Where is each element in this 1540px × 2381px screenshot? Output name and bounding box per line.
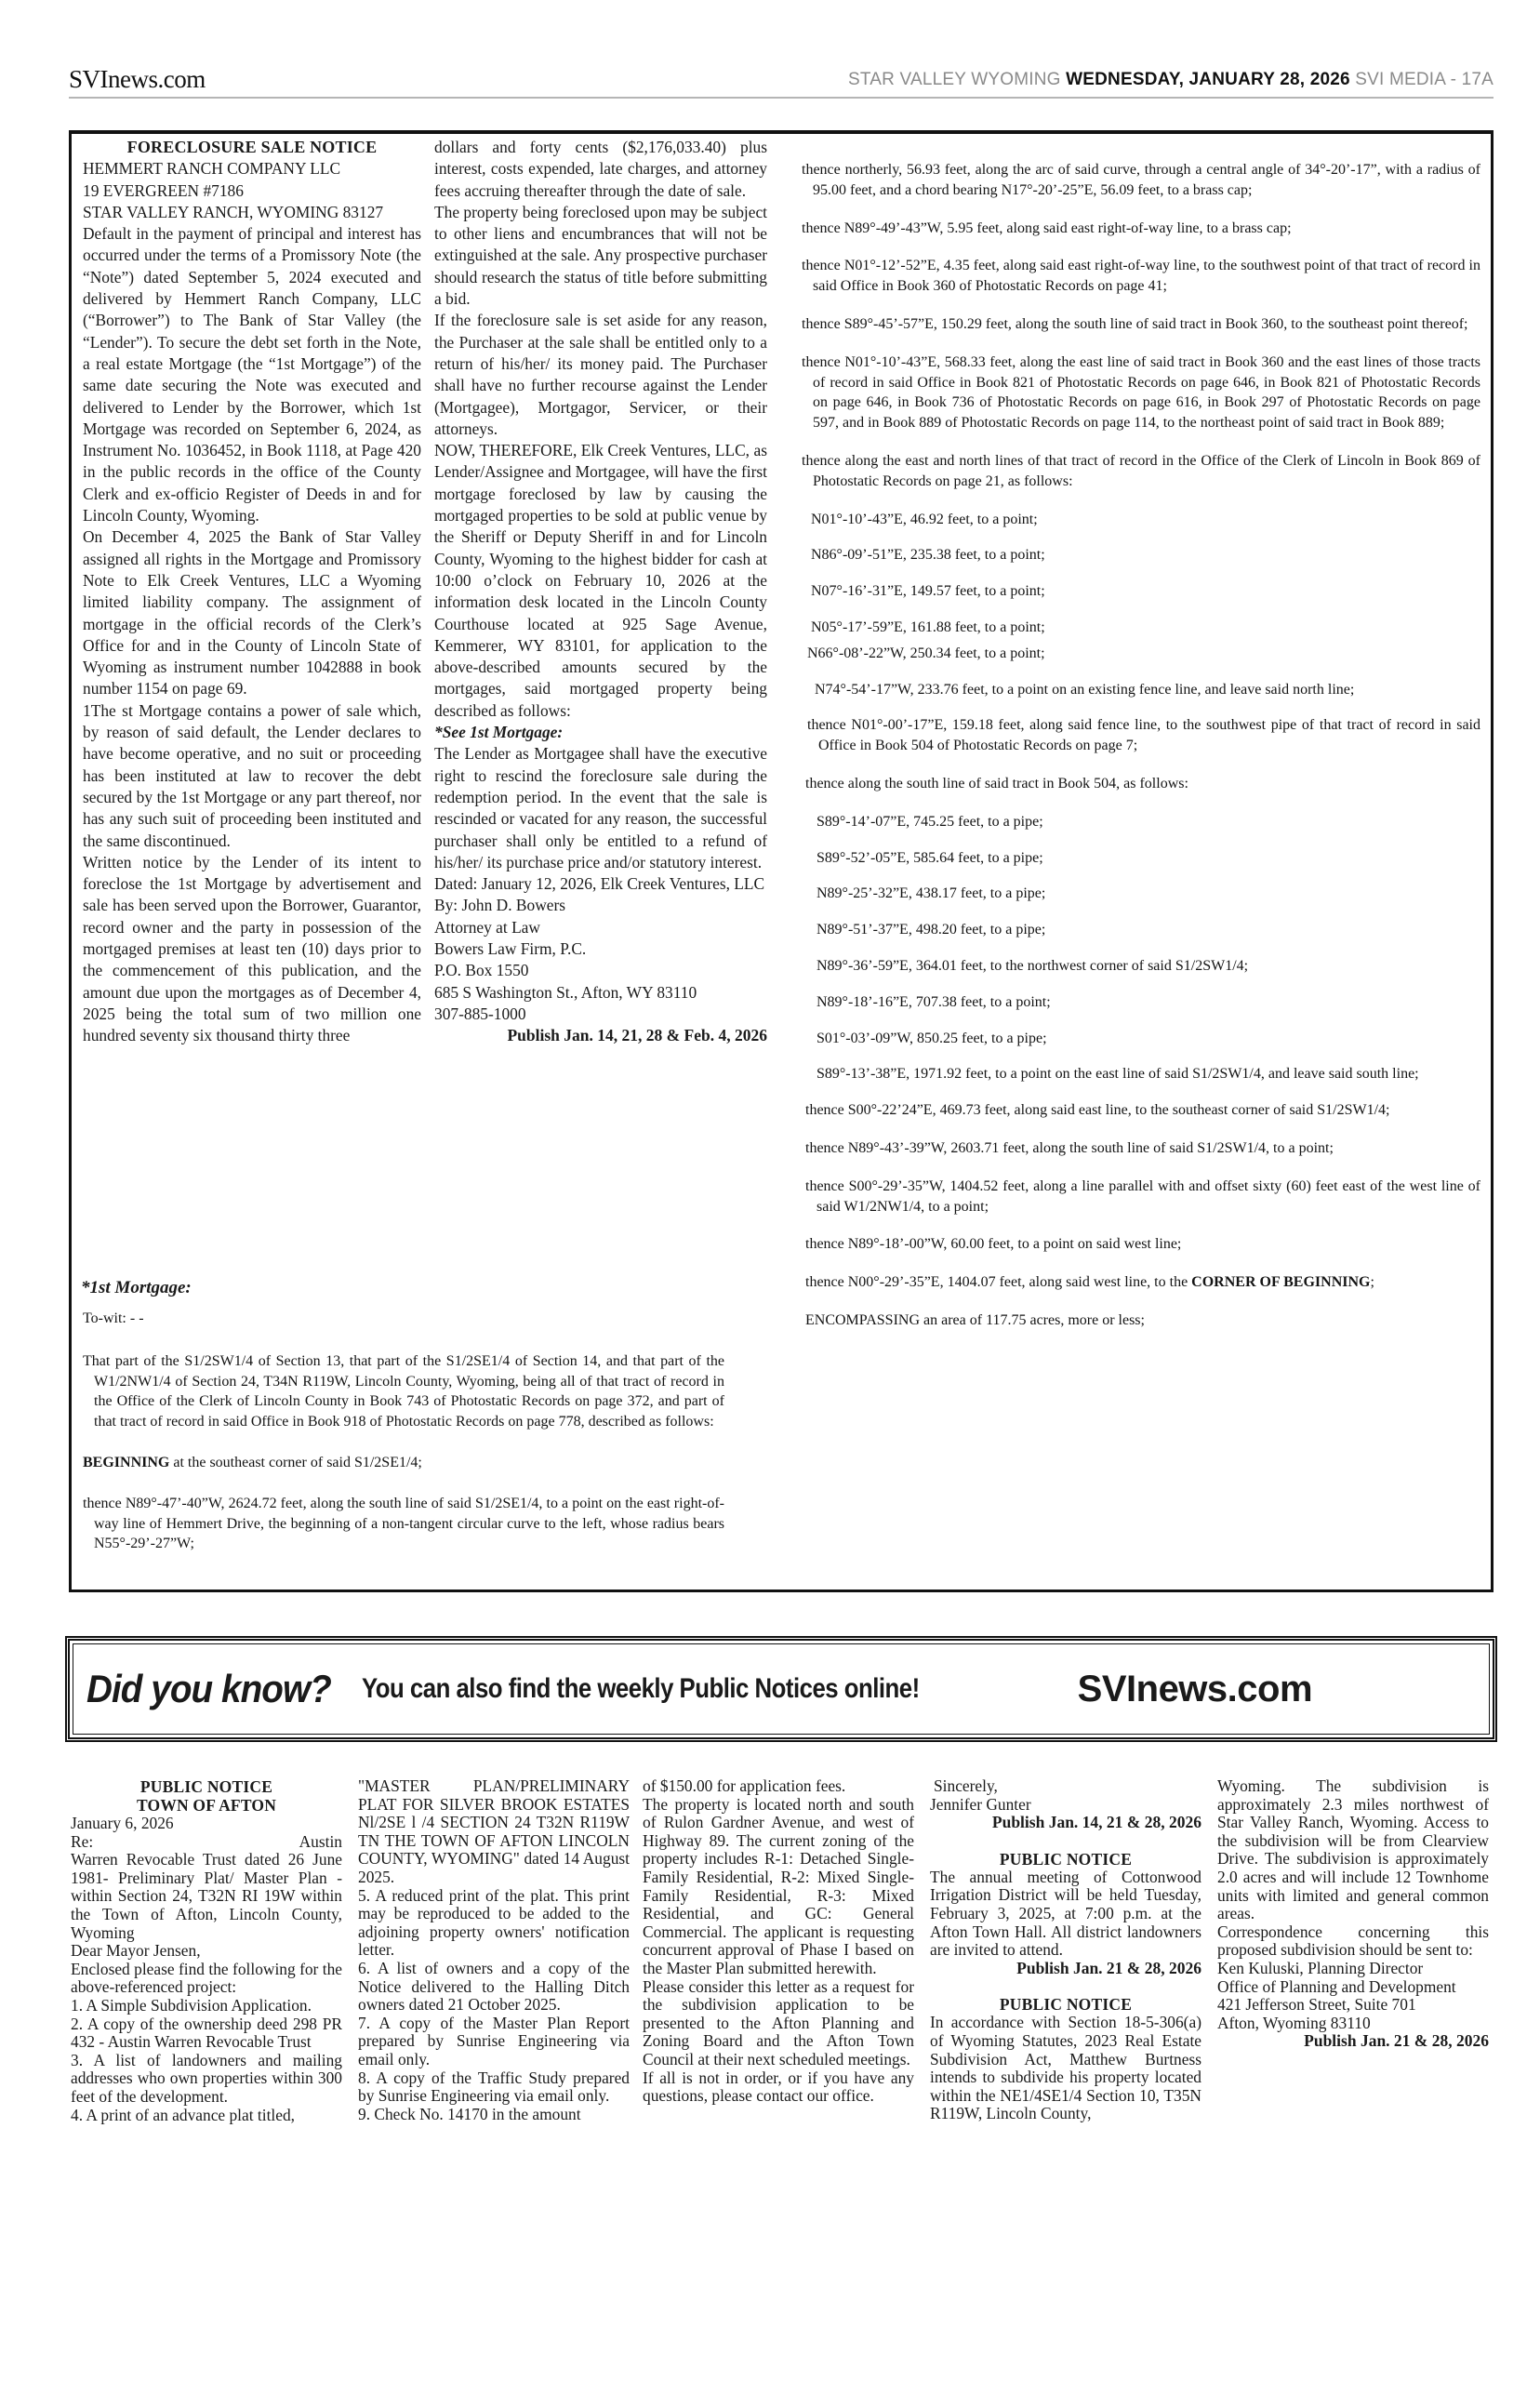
public-notices-section: PUBLIC NOTICE TOWN OF AFTON January 6, 2… — [69, 1777, 1494, 2280]
enclosure-item: 8. A copy of the Traffic Study prepared … — [358, 2069, 630, 2106]
subdivision-body: In accordance with Section 18-5-306(a) o… — [930, 2014, 1201, 2123]
paragraph: If the foreclosure sale is set aside for… — [434, 310, 767, 440]
publish-dates: Publish Jan. 14, 21 & 28, 2026 — [930, 1814, 1201, 1832]
banner-inner: Did you know? You can also find the week… — [73, 1643, 1490, 1735]
signature-line: 685 S Washington St., Afton, WY 83110 — [434, 982, 767, 1004]
see-mortgage-label: *See 1st Mortgage: — [434, 722, 767, 743]
enclosure-item: 9. Check No. 14170 in the amount — [358, 2106, 630, 2124]
legal-call: thence S89°-45’-57”E, 150.29 feet, along… — [802, 314, 1480, 335]
closing: Sincerely, — [930, 1777, 1201, 1796]
contact-line: Office of Planning and Development — [1217, 1978, 1489, 1997]
paragraph: of $150.00 for application fees. — [643, 1777, 914, 1796]
to-wit: To-wit: - - — [83, 1309, 724, 1329]
bearing-call: N89°-51’-37”E, 498.20 feet, to a pipe; — [802, 920, 1480, 940]
paragraph: NOW, THEREFORE, Elk Creek Ventures, LLC,… — [434, 440, 767, 722]
legal-call: thence S00°-29’-35”W, 1404.52 feet, alon… — [802, 1177, 1480, 1217]
publish-dates: Publish Jan. 21 & 28, 2026 — [1217, 2032, 1489, 2051]
notice-date: January 6, 2026 — [71, 1815, 342, 1833]
foreclosure-notice: FORECLOSURE SALE NOTICE HEMMERT RANCH CO… — [69, 130, 1494, 1592]
corner-of-beginning: CORNER OF BEGINNING — [1191, 1274, 1370, 1290]
legal-call: thence N01°-12’-52”E, 4.35 feet, along s… — [802, 256, 1480, 297]
legal-description-left: To-wit: - - That part of the S1/2SW1/4 o… — [83, 1309, 724, 1572]
enclosure-item: 2. A copy of the ownership deed 298 PR 4… — [71, 2015, 342, 2052]
bearing-call: N66°-08’-22”W, 250.34 feet, to a point; — [802, 644, 1480, 664]
page-masthead: SVInews.com STAR VALLEY WYOMING WEDNESDA… — [69, 61, 1494, 99]
enclosure-item: 6. A list of owners and a copy of the No… — [358, 1960, 630, 2015]
mortgage-heading: *1st Mortgage: — [81, 1278, 192, 1298]
site-name: SVInews.com — [69, 65, 206, 94]
paragraph: If all is not in order, or if you have a… — [643, 2069, 914, 2106]
encompassing-line: ENCOMPASSING an area of 117.75 acres, mo… — [802, 1310, 1480, 1331]
legal-call: thence N01°-10’-43”E, 568.33 feet, along… — [802, 352, 1480, 433]
publish-dates: Publish Jan. 21 & 28, 2026 — [930, 1960, 1201, 1978]
salutation: Dear Mayor Jensen, — [71, 1942, 342, 1961]
borrower-street: 19 EVERGREEN #7186 — [83, 180, 421, 202]
banner-lead: Did you know? — [86, 1667, 331, 1711]
beginning-text: at the southeast corner of said S1/2SE1/… — [169, 1455, 422, 1470]
paragraph: The property is located north and south … — [643, 1796, 914, 1978]
re-first-word: Austin — [299, 1833, 342, 1852]
signature-line: Bowers Law Firm, P.C. — [434, 938, 767, 960]
contact-line: 421 Jefferson Street, Suite 701 — [1217, 1996, 1489, 2015]
enclosure-item: 4. A print of an advance plat titled, — [71, 2107, 342, 2125]
bearing-call: N05°-17’-59”E, 161.88 feet, to a point; — [802, 618, 1480, 638]
bearing-call: N74°-54’-17”W, 233.76 feet, to a point o… — [802, 680, 1480, 700]
re-line: Re:Austin — [71, 1833, 342, 1852]
legal-intro: That part of the S1/2SW1/4 of Section 13… — [83, 1351, 724, 1432]
publish-dates: Publish Jan. 14, 21, 28 & Feb. 4, 2026 — [434, 1025, 767, 1046]
bearing-call: S89°-13’-38”E, 1971.92 feet, to a point … — [802, 1064, 1480, 1084]
bearing-call: N89°-18’-16”E, 707.38 feet, to a point; — [802, 992, 1480, 1013]
spacer — [930, 1977, 1201, 1995]
re-label: Re: — [71, 1833, 93, 1852]
dateline: STAR VALLEY WYOMING WEDNESDAY, JANUARY 2… — [848, 70, 1494, 90]
afton-notice-column-3: of $150.00 for application fees. The pro… — [643, 1777, 914, 2106]
paragraph: dollars and forty cents ($2,176,033.40) … — [434, 137, 767, 202]
notice-title: PUBLIC NOTICE — [71, 1777, 342, 1796]
dateline-date: WEDNESDAY, JANUARY 28, 2026 — [1066, 70, 1350, 89]
signature-line: Attorney at Law — [434, 917, 767, 938]
paragraph: On December 4, 2025 the Bank of Star Val… — [83, 526, 421, 699]
paragraph: The Lender as Mortgagee shall have the e… — [434, 743, 767, 873]
signature-line: By: John D. Bowers — [434, 895, 767, 916]
enclosure-item: 7. A copy of the Master Plan Report prep… — [358, 2015, 630, 2069]
foreclosure-title: FORECLOSURE SALE NOTICE — [83, 137, 421, 158]
bearing-call: N01°-10’-43”E, 46.92 feet, to a point; — [802, 510, 1480, 530]
enclosure-item: 1. A Simple Subdivision Application. — [71, 1997, 342, 2015]
did-you-know-banner: Did you know? You can also find the week… — [65, 1636, 1497, 1742]
legal-call: thence N89°-49’-43”W, 5.95 feet, along s… — [802, 219, 1480, 239]
contact-line: Afton, Wyoming 83110 — [1217, 2015, 1489, 2033]
contact-line: Ken Kuluski, Planning Director — [1217, 1960, 1489, 1978]
legal-call: thence N89°-18’-00”W, 60.00 feet, to a p… — [802, 1234, 1480, 1255]
bearing-call: N89°-25’-32”E, 438.17 feet, to a pipe; — [802, 884, 1480, 904]
foreclosure-column-1: FORECLOSURE SALE NOTICE HEMMERT RANCH CO… — [83, 137, 421, 1046]
signer: Jennifer Gunter — [930, 1796, 1201, 1815]
borrower-city: STAR VALLEY RANCH, WYOMING 83127 — [83, 202, 421, 223]
enclosure-item: "MASTER PLAN/PRELIMINARY PLAT FOR SILVER… — [358, 1777, 630, 1887]
bearing-call: S01°-03’-09”W, 850.25 feet, to a pipe; — [802, 1029, 1480, 1049]
legal-call: thence along the south line of said trac… — [802, 774, 1480, 794]
legal-call: thence S00°-22’24”E, 469.73 feet, along … — [802, 1100, 1480, 1121]
subdivision-body: Wyoming. The subdivision is approximatel… — [1217, 1777, 1489, 1923]
banner-url-link[interactable]: SVInews.com — [1078, 1669, 1312, 1710]
foreclosure-column-2: dollars and forty cents ($2,176,033.40) … — [434, 137, 767, 1046]
bearing-call: S89°-52’-05”E, 585.64 feet, to a pipe; — [802, 848, 1480, 869]
correspondence: Correspondence concerning this proposed … — [1217, 1923, 1489, 1960]
bearing-call: N86°-09’-51”E, 235.38 feet, to a point; — [802, 545, 1480, 565]
enclosure-item: 3. A list of landowners and mailing addr… — [71, 2052, 342, 2107]
legal-call: thence N89°-43’-39”W, 2603.71 feet, alon… — [802, 1138, 1480, 1159]
irrigation-body: The annual meeting of Cottonwood Irrigat… — [930, 1869, 1201, 1960]
closing-call: thence N00°-29’-35”E, 1404.07 feet, alon… — [802, 1272, 1480, 1293]
dated-line: Dated: January 12, 2026, Elk Creek Ventu… — [434, 873, 767, 895]
legal-description-right: thence northerly, 56.93 feet, along the … — [802, 160, 1480, 1349]
legal-call: thence N89°-47’-40”W, 2624.72 feet, alon… — [83, 1494, 724, 1554]
legal-call: thence along the east and north lines of… — [802, 451, 1480, 492]
afton-notice-column-2: "MASTER PLAN/PRELIMINARY PLAT FOR SILVER… — [358, 1777, 630, 2123]
closing-call-text: thence N00°-29’-35”E, 1404.07 feet, alon… — [805, 1274, 1191, 1290]
notices-column-5: Wyoming. The subdivision is approximatel… — [1217, 1777, 1489, 2051]
bearing-call: S89°-14’-07”E, 745.25 feet, to a pipe; — [802, 812, 1480, 832]
bearing-call: N07°-16’-31”E, 149.57 feet, to a point; — [802, 581, 1480, 602]
signature-line: P.O. Box 1550 — [434, 960, 767, 981]
paragraph: 1The st Mortgage contains a power of sal… — [83, 700, 421, 852]
legal-call: thence northerly, 56.93 feet, along the … — [802, 160, 1480, 201]
enclosure-item: 5. A reduced print of the plat. This pri… — [358, 1887, 630, 1960]
paragraph: Written notice by the Lender of its inte… — [83, 852, 421, 1047]
paragraph: Default in the payment of principal and … — [83, 223, 421, 526]
paragraph: The property being foreclosed upon may b… — [434, 202, 767, 310]
intro: Enclosed please find the following for t… — [71, 1961, 342, 1997]
beginning-label: BEGINNING — [83, 1455, 169, 1470]
bearing-call: N89°-36’-59”E, 364.01 feet, to the north… — [802, 956, 1480, 977]
notice-title: PUBLIC NOTICE — [930, 1995, 1201, 2014]
notices-column-4: Sincerely, Jennifer Gunter Publish Jan. … — [930, 1777, 1201, 2123]
afton-notice-column-1: PUBLIC NOTICE TOWN OF AFTON January 6, 2… — [71, 1777, 342, 2124]
beginning-line: BEGINNING at the southeast corner of sai… — [83, 1453, 724, 1473]
dateline-location: STAR VALLEY WYOMING — [848, 70, 1061, 89]
legal-call: thence N01°-00’-17”E, 159.18 feet, along… — [802, 715, 1480, 756]
re-subject: Warren Revocable Trust dated 26 June 198… — [71, 1851, 342, 1942]
closing-punct: ; — [1370, 1274, 1374, 1290]
spacer — [930, 1832, 1201, 1850]
notice-subtitle: TOWN OF AFTON — [71, 1796, 342, 1815]
signature-phone: 307-885-1000 — [434, 1004, 767, 1025]
notice-title: PUBLIC NOTICE — [930, 1850, 1201, 1869]
paragraph: Please consider this letter as a request… — [643, 1978, 914, 2069]
dateline-section: SVI MEDIA - 17A — [1355, 70, 1494, 89]
borrower-name: HEMMERT RANCH COMPANY LLC — [83, 158, 421, 180]
banner-message: You can also find the weekly Public Noti… — [362, 1673, 970, 1705]
